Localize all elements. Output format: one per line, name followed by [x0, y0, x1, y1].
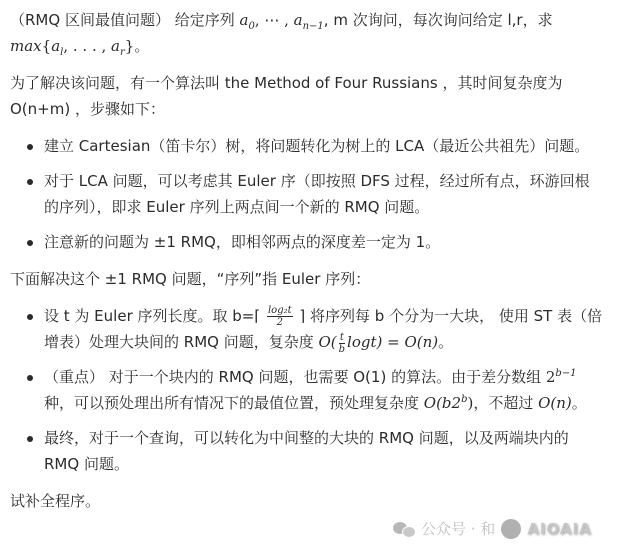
wechat-icon — [393, 520, 415, 538]
pm1-steps-list: 设 t 为 Euler 序列长度。取 b=⌈ log₂t2 ⌉ 将序列每 b 个… — [10, 303, 604, 477]
fraction: log₂t2 — [267, 305, 293, 328]
list-item: 建立 Cartesian（笛卡尔）树，将问题转化为树上的 LCA（最近公共祖先）… — [44, 133, 604, 159]
closing-paragraph: 试补全程序。 — [10, 488, 604, 514]
list-item: 设 t 为 Euler 序列长度。取 b=⌈ log₂t2 ⌉ 将序列每 b 个… — [44, 303, 604, 355]
list-item: 对于 LCA 问题，可以考虑其 Euler 序（即按照 DFS 过程，经过所有点… — [44, 168, 604, 220]
watermark-source: 公众号 · 和 — [421, 516, 495, 542]
fraction: tb — [339, 332, 345, 355]
watermark-brand: AIOAIA — [527, 516, 591, 542]
intro-paragraph: （RMQ 区间最值问题） 给定序列 a0, ⋯ , an−1, m 次询问，每次… — [10, 7, 604, 59]
watermark: 公众号 · 和 AIOAIA — [393, 515, 592, 543]
list-item: 最终，对于一个查询，可以转化为中间整的大块的 RMQ 问题，以及两端块内的 RM… — [44, 425, 604, 477]
steps-list: 建立 Cartesian（笛卡尔）树，将问题转化为树上的 LCA（最近公共祖先）… — [10, 133, 604, 255]
pm1-paragraph: 下面解决这个 ±1 RMQ 问题，“序列”指 Euler 序列： — [10, 266, 604, 292]
method-paragraph: 为了解决该问题，有一个算法叫 the Method of Four Russia… — [10, 70, 604, 122]
max-expression: max{al, . . . , ar} — [10, 37, 134, 55]
brand-logo-icon — [501, 519, 521, 539]
list-item: 注意新的问题为 ±1 RMQ，即相邻两点的深度差一定为 1。 — [44, 229, 604, 255]
list-item: （重点） 对于一个块内的 RMQ 问题，也需要 O(1) 的算法。由于差分数组 … — [44, 364, 604, 416]
document-body: （RMQ 区间最值问题） 给定序列 a0, ⋯ , an−1, m 次询问，每次… — [10, 7, 604, 525]
